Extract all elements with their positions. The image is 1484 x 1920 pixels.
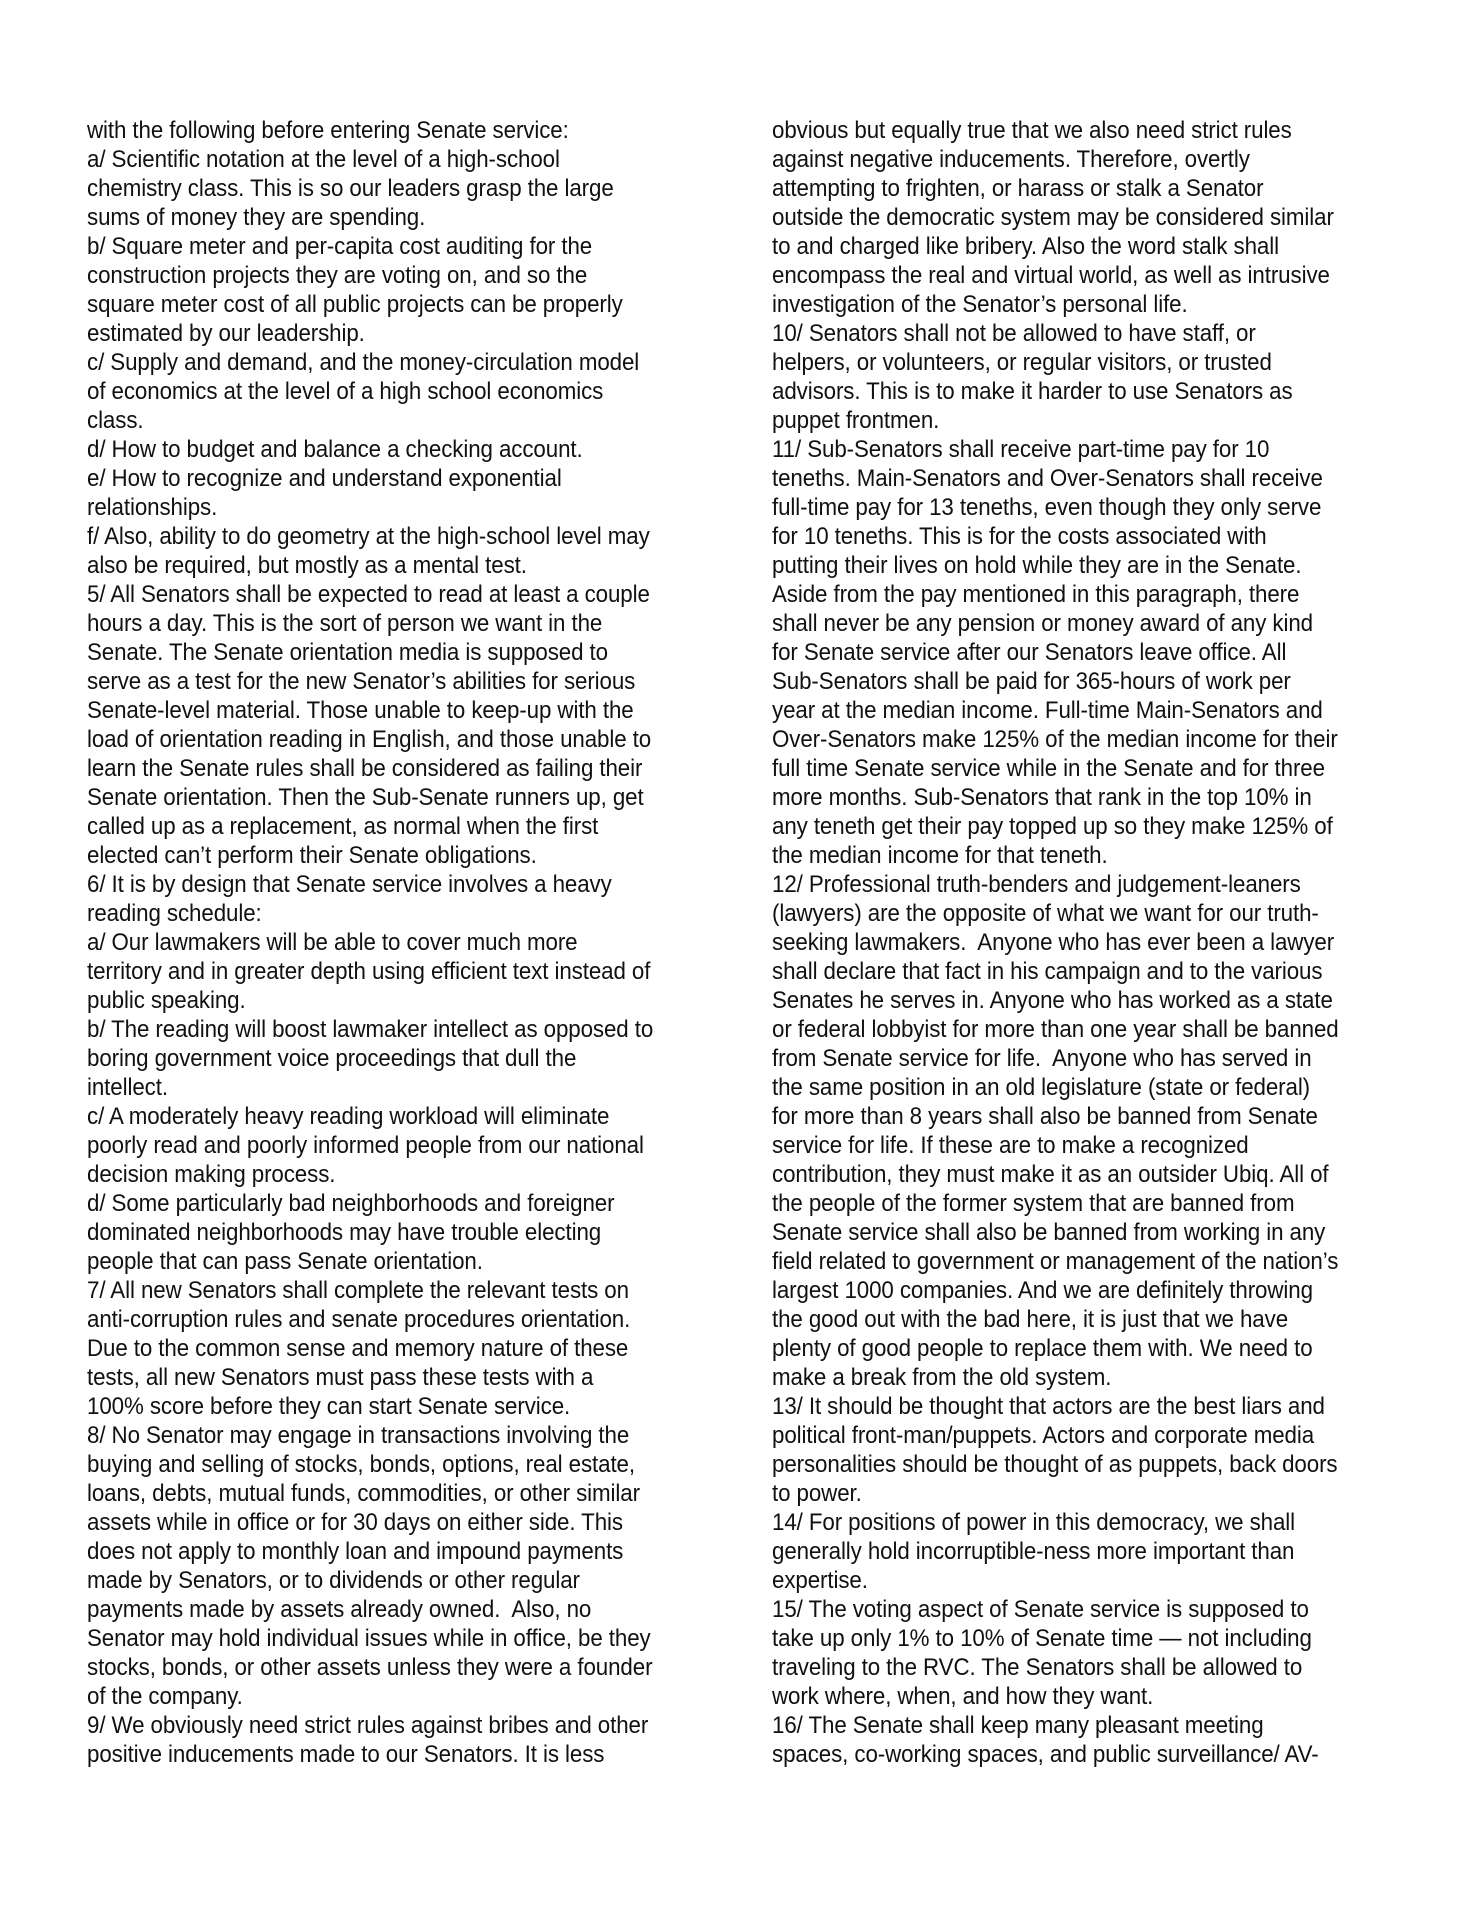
text-line: putting their lives on hold while they a… (772, 551, 1386, 580)
text-line: Senate. The Senate orientation media is … (87, 638, 701, 667)
text-line: of the company. (87, 1682, 701, 1711)
text-line: a/ Our lawmakers will be able to cover m… (87, 928, 701, 957)
text-line: outside the democratic system may be con… (772, 203, 1386, 232)
text-line: the people of the former system that are… (772, 1189, 1386, 1218)
text-line: dominated neighborhoods may have trouble… (87, 1218, 701, 1247)
text-line: stocks, bonds, or other assets unless th… (87, 1653, 701, 1682)
text-line: 11/ Sub-Senators shall receive part-time… (772, 435, 1386, 464)
text-line: b/ Square meter and per-capita cost audi… (87, 232, 701, 261)
text-line: plenty of good people to replace them wi… (772, 1334, 1386, 1363)
text-line: 13/ It should be thought that actors are… (772, 1392, 1386, 1421)
text-line: payments made by assets already owned. A… (87, 1595, 701, 1624)
text-line: assets while in office or for 30 days on… (87, 1508, 701, 1537)
text-line: for Senate service after our Senators le… (772, 638, 1386, 667)
text-line: a/ Scientific notation at the level of a… (87, 145, 701, 174)
text-line: shall never be any pension or money awar… (772, 609, 1386, 638)
text-line: (lawyers) are the opposite of what we wa… (772, 899, 1386, 928)
text-line: public speaking. (87, 986, 701, 1015)
text-line: encompass the real and virtual world, as… (772, 261, 1386, 290)
text-line: Senator may hold individual issues while… (87, 1624, 701, 1653)
text-line: puppet frontmen. (772, 406, 1386, 435)
text-line: square meter cost of all public projects… (87, 290, 701, 319)
text-line: expertise. (772, 1566, 1386, 1595)
text-line: anti-corruption rules and senate procedu… (87, 1305, 701, 1334)
text-line: Over-Senators make 125% of the median in… (772, 725, 1386, 754)
text-line: sums of money they are spending. (87, 203, 701, 232)
text-line: Senate-level material. Those unable to k… (87, 696, 701, 725)
text-line: Due to the common sense and memory natur… (87, 1334, 701, 1363)
text-line: field related to government or managemen… (772, 1247, 1386, 1276)
text-line: Sub-Senators shall be paid for 365-hours… (772, 667, 1386, 696)
text-line: political front-man/puppets. Actors and … (772, 1421, 1386, 1450)
text-line: elected can’t perform their Senate oblig… (87, 841, 701, 870)
text-line: make a break from the old system. (772, 1363, 1386, 1392)
text-line: more months. Sub-Senators that rank in t… (772, 783, 1386, 812)
text-line: advisors. This is to make it harder to u… (772, 377, 1386, 406)
text-line: f/ Also, ability to do geometry at the h… (87, 522, 701, 551)
text-line: e/ How to recognize and understand expon… (87, 464, 701, 493)
text-line: personalities should be thought of as pu… (772, 1450, 1386, 1479)
text-line: tests, all new Senators must pass these … (87, 1363, 701, 1392)
text-line: does not apply to monthly loan and impou… (87, 1537, 701, 1566)
text-line: against negative inducements. Therefore,… (772, 145, 1386, 174)
text-line: the median income for that teneth. (772, 841, 1386, 870)
text-line: to and charged like bribery. Also the wo… (772, 232, 1386, 261)
text-line: of economics at the level of a high scho… (87, 377, 701, 406)
text-line: investigation of the Senator’s personal … (772, 290, 1386, 319)
left-text-column: with the following before entering Senat… (87, 116, 747, 1769)
text-line: full-time pay for 13 teneths, even thoug… (772, 493, 1386, 522)
text-line: 7/ All new Senators shall complete the r… (87, 1276, 701, 1305)
text-line: c/ Supply and demand, and the money-circ… (87, 348, 701, 377)
text-line: people that can pass Senate orientation. (87, 1247, 701, 1276)
text-line: traveling to the RVC. The Senators shall… (772, 1653, 1386, 1682)
text-line: 9/ We obviously need strict rules agains… (87, 1711, 701, 1740)
text-line: territory and in greater depth using eff… (87, 957, 701, 986)
text-line: 100% score before they can start Senate … (87, 1392, 701, 1421)
text-line: made by Senators, or to dividends or oth… (87, 1566, 701, 1595)
text-line: Senate orientation. Then the Sub-Senate … (87, 783, 701, 812)
text-line: learn the Senate rules shall be consider… (87, 754, 701, 783)
right-text-column: obvious but equally true that we also ne… (772, 116, 1432, 1769)
text-line: 12/ Professional truth-benders and judge… (772, 870, 1386, 899)
text-line: hours a day. This is the sort of person … (87, 609, 701, 638)
text-line: loans, debts, mutual funds, commodities,… (87, 1479, 701, 1508)
text-line: full time Senate service while in the Se… (772, 754, 1386, 783)
text-line: spaces, co-working spaces, and public su… (772, 1740, 1386, 1769)
document-page: with the following before entering Senat… (0, 0, 1484, 1920)
text-line: or federal lobbyist for more than one ye… (772, 1015, 1386, 1044)
text-line: seeking lawmakers. Anyone who has ever b… (772, 928, 1386, 957)
text-line: b/ The reading will boost lawmaker intel… (87, 1015, 701, 1044)
text-line: the good out with the bad here, it is ju… (772, 1305, 1386, 1334)
text-line: load of orientation reading in English, … (87, 725, 701, 754)
text-line: for more than 8 years shall also be bann… (772, 1102, 1386, 1131)
text-line: serve as a test for the new Senator’s ab… (87, 667, 701, 696)
text-line: reading schedule: (87, 899, 701, 928)
text-line: 10/ Senators shall not be allowed to hav… (772, 319, 1386, 348)
text-line: estimated by our leadership. (87, 319, 701, 348)
text-line: 5/ All Senators shall be expected to rea… (87, 580, 701, 609)
text-line: 8/ No Senator may engage in transactions… (87, 1421, 701, 1450)
text-line: buying and selling of stocks, bonds, opt… (87, 1450, 701, 1479)
text-line: poorly read and poorly informed people f… (87, 1131, 701, 1160)
text-line: positive inducements made to our Senator… (87, 1740, 701, 1769)
text-line: attempting to frighten, or harass or sta… (772, 174, 1386, 203)
text-line: with the following before entering Senat… (87, 116, 701, 145)
text-line: obvious but equally true that we also ne… (772, 116, 1386, 145)
text-line: helpers, or volunteers, or regular visit… (772, 348, 1386, 377)
text-line: boring government voice proceedings that… (87, 1044, 701, 1073)
text-line: teneths. Main-Senators and Over-Senators… (772, 464, 1386, 493)
text-line: Aside from the pay mentioned in this par… (772, 580, 1386, 609)
text-line: generally hold incorruptible-ness more i… (772, 1537, 1386, 1566)
text-line: 6/ It is by design that Senate service i… (87, 870, 701, 899)
text-line: Senates he serves in. Anyone who has wor… (772, 986, 1386, 1015)
text-line: for 10 teneths. This is for the costs as… (772, 522, 1386, 551)
text-line: 14/ For positions of power in this democ… (772, 1508, 1386, 1537)
text-line: decision making process. (87, 1160, 701, 1189)
text-line: largest 1000 companies. And we are defin… (772, 1276, 1386, 1305)
text-line: year at the median income. Full-time Mai… (772, 696, 1386, 725)
text-line: any teneth get their pay topped up so th… (772, 812, 1386, 841)
text-line: class. (87, 406, 701, 435)
text-line: d/ Some particularly bad neighborhoods a… (87, 1189, 701, 1218)
text-line: called up as a replacement, as normal wh… (87, 812, 701, 841)
text-line: Senate service shall also be banned from… (772, 1218, 1386, 1247)
text-line: intellect. (87, 1073, 701, 1102)
text-line: the same position in an old legislature … (772, 1073, 1386, 1102)
text-line: service for life. If these are to make a… (772, 1131, 1386, 1160)
text-line: from Senate service for life. Anyone who… (772, 1044, 1386, 1073)
text-line: construction projects they are voting on… (87, 261, 701, 290)
text-line: chemistry class. This is so our leaders … (87, 174, 701, 203)
text-line: also be required, but mostly as a mental… (87, 551, 701, 580)
text-line: relationships. (87, 493, 701, 522)
text-line: take up only 1% to 10% of Senate time — … (772, 1624, 1386, 1653)
text-line: contribution, they must make it as an ou… (772, 1160, 1386, 1189)
text-line: 16/ The Senate shall keep many pleasant … (772, 1711, 1386, 1740)
text-line: 15/ The voting aspect of Senate service … (772, 1595, 1386, 1624)
text-line: to power. (772, 1479, 1386, 1508)
text-line: c/ A moderately heavy reading workload w… (87, 1102, 701, 1131)
text-line: work where, when, and how they want. (772, 1682, 1386, 1711)
text-line: d/ How to budget and balance a checking … (87, 435, 701, 464)
text-line: shall declare that fact in his campaign … (772, 957, 1386, 986)
